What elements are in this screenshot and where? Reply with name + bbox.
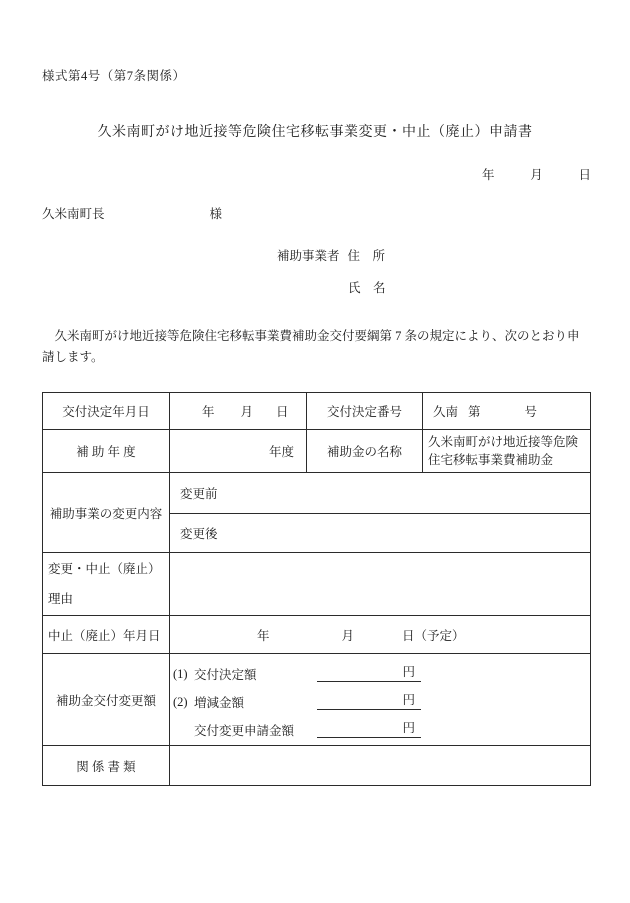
stop-year-label: 年 (257, 626, 270, 644)
amount-item1-blank-line: 円 (317, 663, 421, 682)
form-number-label: 様式第4号（第7条関係） (42, 66, 186, 84)
amount-item2-number: (2) (173, 695, 194, 710)
subsidy-name-label: 補助金の名称 (307, 430, 423, 473)
amount-item2-label: 増減金額 (194, 693, 244, 711)
table-row-change-amount: 補助金交付変更額 (1) 交付決定額 円 (2) 増減金額 円 交付変更申請金 (43, 654, 591, 746)
decision-date-value-cell: 年 月 日 (170, 393, 307, 430)
applicant-name-line: 氏 名 (277, 278, 386, 296)
addressee-name: 久米南町長 (42, 207, 105, 221)
change-after-cell: 変更後 (170, 514, 591, 553)
stop-date-value-cell: 年 月 日（予定） (170, 616, 591, 654)
reason-label: 変更・中止（廃止） 理由 (43, 553, 170, 616)
change-content-label: 補助事業の変更内容 (43, 473, 170, 553)
amount-line-delta: (2) 増減金額 円 (170, 688, 590, 716)
amount-item1-number: (1) (173, 667, 194, 682)
addressee-line: 久米南町長様 (42, 204, 222, 222)
subsidy-name-line1: 久米南町がけ地近接等危険 (428, 433, 590, 451)
subsidy-name-value-cell: 久米南町がけ地近接等危険 住宅移転事業費補助金 (423, 430, 591, 473)
decision-day-label: 日 (276, 402, 289, 420)
decision-number-value-cell: 久南 第 号 (423, 393, 591, 430)
reason-label-line1: 変更・中止（廃止） (48, 554, 169, 584)
table-row-decision-date: 交付決定年月日 年 月 日 交付決定番号 久南 第 号 (43, 393, 591, 430)
reason-label-line2: 理由 (48, 584, 169, 614)
table-row-change-before: 補助事業の変更内容 変更前 (43, 473, 591, 514)
subsidy-year-label: 補 助 年 度 (43, 430, 170, 473)
amount-item3-label: 交付変更申請金額 (194, 721, 294, 739)
amount-line-request: 交付変更申請金額 円 (170, 716, 590, 744)
date-line: 年 月 日 (482, 165, 591, 183)
table-row-documents: 関 係 書 類 (43, 746, 591, 786)
date-year-label: 年 (482, 165, 495, 183)
decision-number-dai: 第 (468, 402, 481, 420)
applicant-block: 補助事業者住 所 氏 名 (277, 246, 386, 296)
amount-item2-blank-line: 円 (317, 691, 421, 710)
amount-item3-blank-line: 円 (317, 719, 421, 738)
date-day-label: 日 (578, 165, 591, 183)
stop-date-label: 中止（廃止）年月日 (43, 616, 170, 654)
decision-date-label: 交付決定年月日 (43, 393, 170, 430)
table-row-subsidy-year: 補 助 年 度 年度 補助金の名称 久米南町がけ地近接等危険 住宅移転事業費補助… (43, 430, 591, 473)
applicant-address-label: 住 所 (348, 249, 386, 263)
change-amount-value-cell: (1) 交付決定額 円 (2) 増減金額 円 交付変更申請金額 円 (170, 654, 591, 746)
documents-value-cell (170, 746, 591, 786)
decision-month-label: 月 (241, 402, 254, 420)
table-row-reason: 変更・中止（廃止） 理由 (43, 553, 591, 616)
amount-line-decision: (1) 交付決定額 円 (170, 660, 590, 688)
body-paragraph: 久米南町がけ地近接等危険住宅移転事業費補助金交付要綱第 7 条の規定により、次の… (42, 326, 588, 368)
subsidy-year-value-cell: 年度 (170, 430, 307, 473)
decision-year-label: 年 (202, 402, 215, 420)
table-row-stop-date: 中止（廃止）年月日 年 月 日（予定） (43, 616, 591, 654)
date-month-label: 月 (530, 165, 543, 183)
stop-month-label: 月 (342, 626, 355, 644)
applicant-prefix-label: 補助事業者 (277, 249, 340, 263)
application-table: 交付決定年月日 年 月 日 交付決定番号 久南 第 号 (42, 392, 591, 786)
reason-value-cell (170, 553, 591, 616)
decision-date-ymd: 年 月 日 (170, 402, 306, 420)
change-amount-label: 補助金交付変更額 (43, 654, 170, 746)
decision-number-label: 交付決定番号 (307, 393, 423, 430)
document-page: 様式第4号（第7条関係） 久米南町がけ地近接等危険住宅移転事業変更・中止（廃止）… (0, 0, 630, 903)
decision-number-prefix: 久南 (433, 402, 458, 420)
change-before-cell: 変更前 (170, 473, 591, 514)
applicant-address-line: 補助事業者住 所 (277, 246, 386, 264)
amount-item1-label: 交付決定額 (194, 665, 257, 683)
stop-day-label: 日（予定） (402, 626, 465, 644)
applicant-name-label: 氏 名 (348, 281, 386, 295)
decision-number-go: 号 (525, 402, 538, 420)
addressee-honorific: 様 (210, 207, 223, 221)
subsidy-name-value: 久米南町がけ地近接等危険 住宅移転事業費補助金 (423, 433, 590, 469)
documents-label: 関 係 書 類 (43, 746, 170, 786)
decision-number-value: 久南 第 号 (423, 402, 590, 420)
page-title: 久米南町がけ地近接等危険住宅移転事業変更・中止（廃止）申請書 (0, 121, 630, 141)
subsidy-name-line2: 住宅移転事業費補助金 (428, 451, 590, 469)
stop-date-ymd: 年 月 日（予定） (170, 626, 590, 644)
